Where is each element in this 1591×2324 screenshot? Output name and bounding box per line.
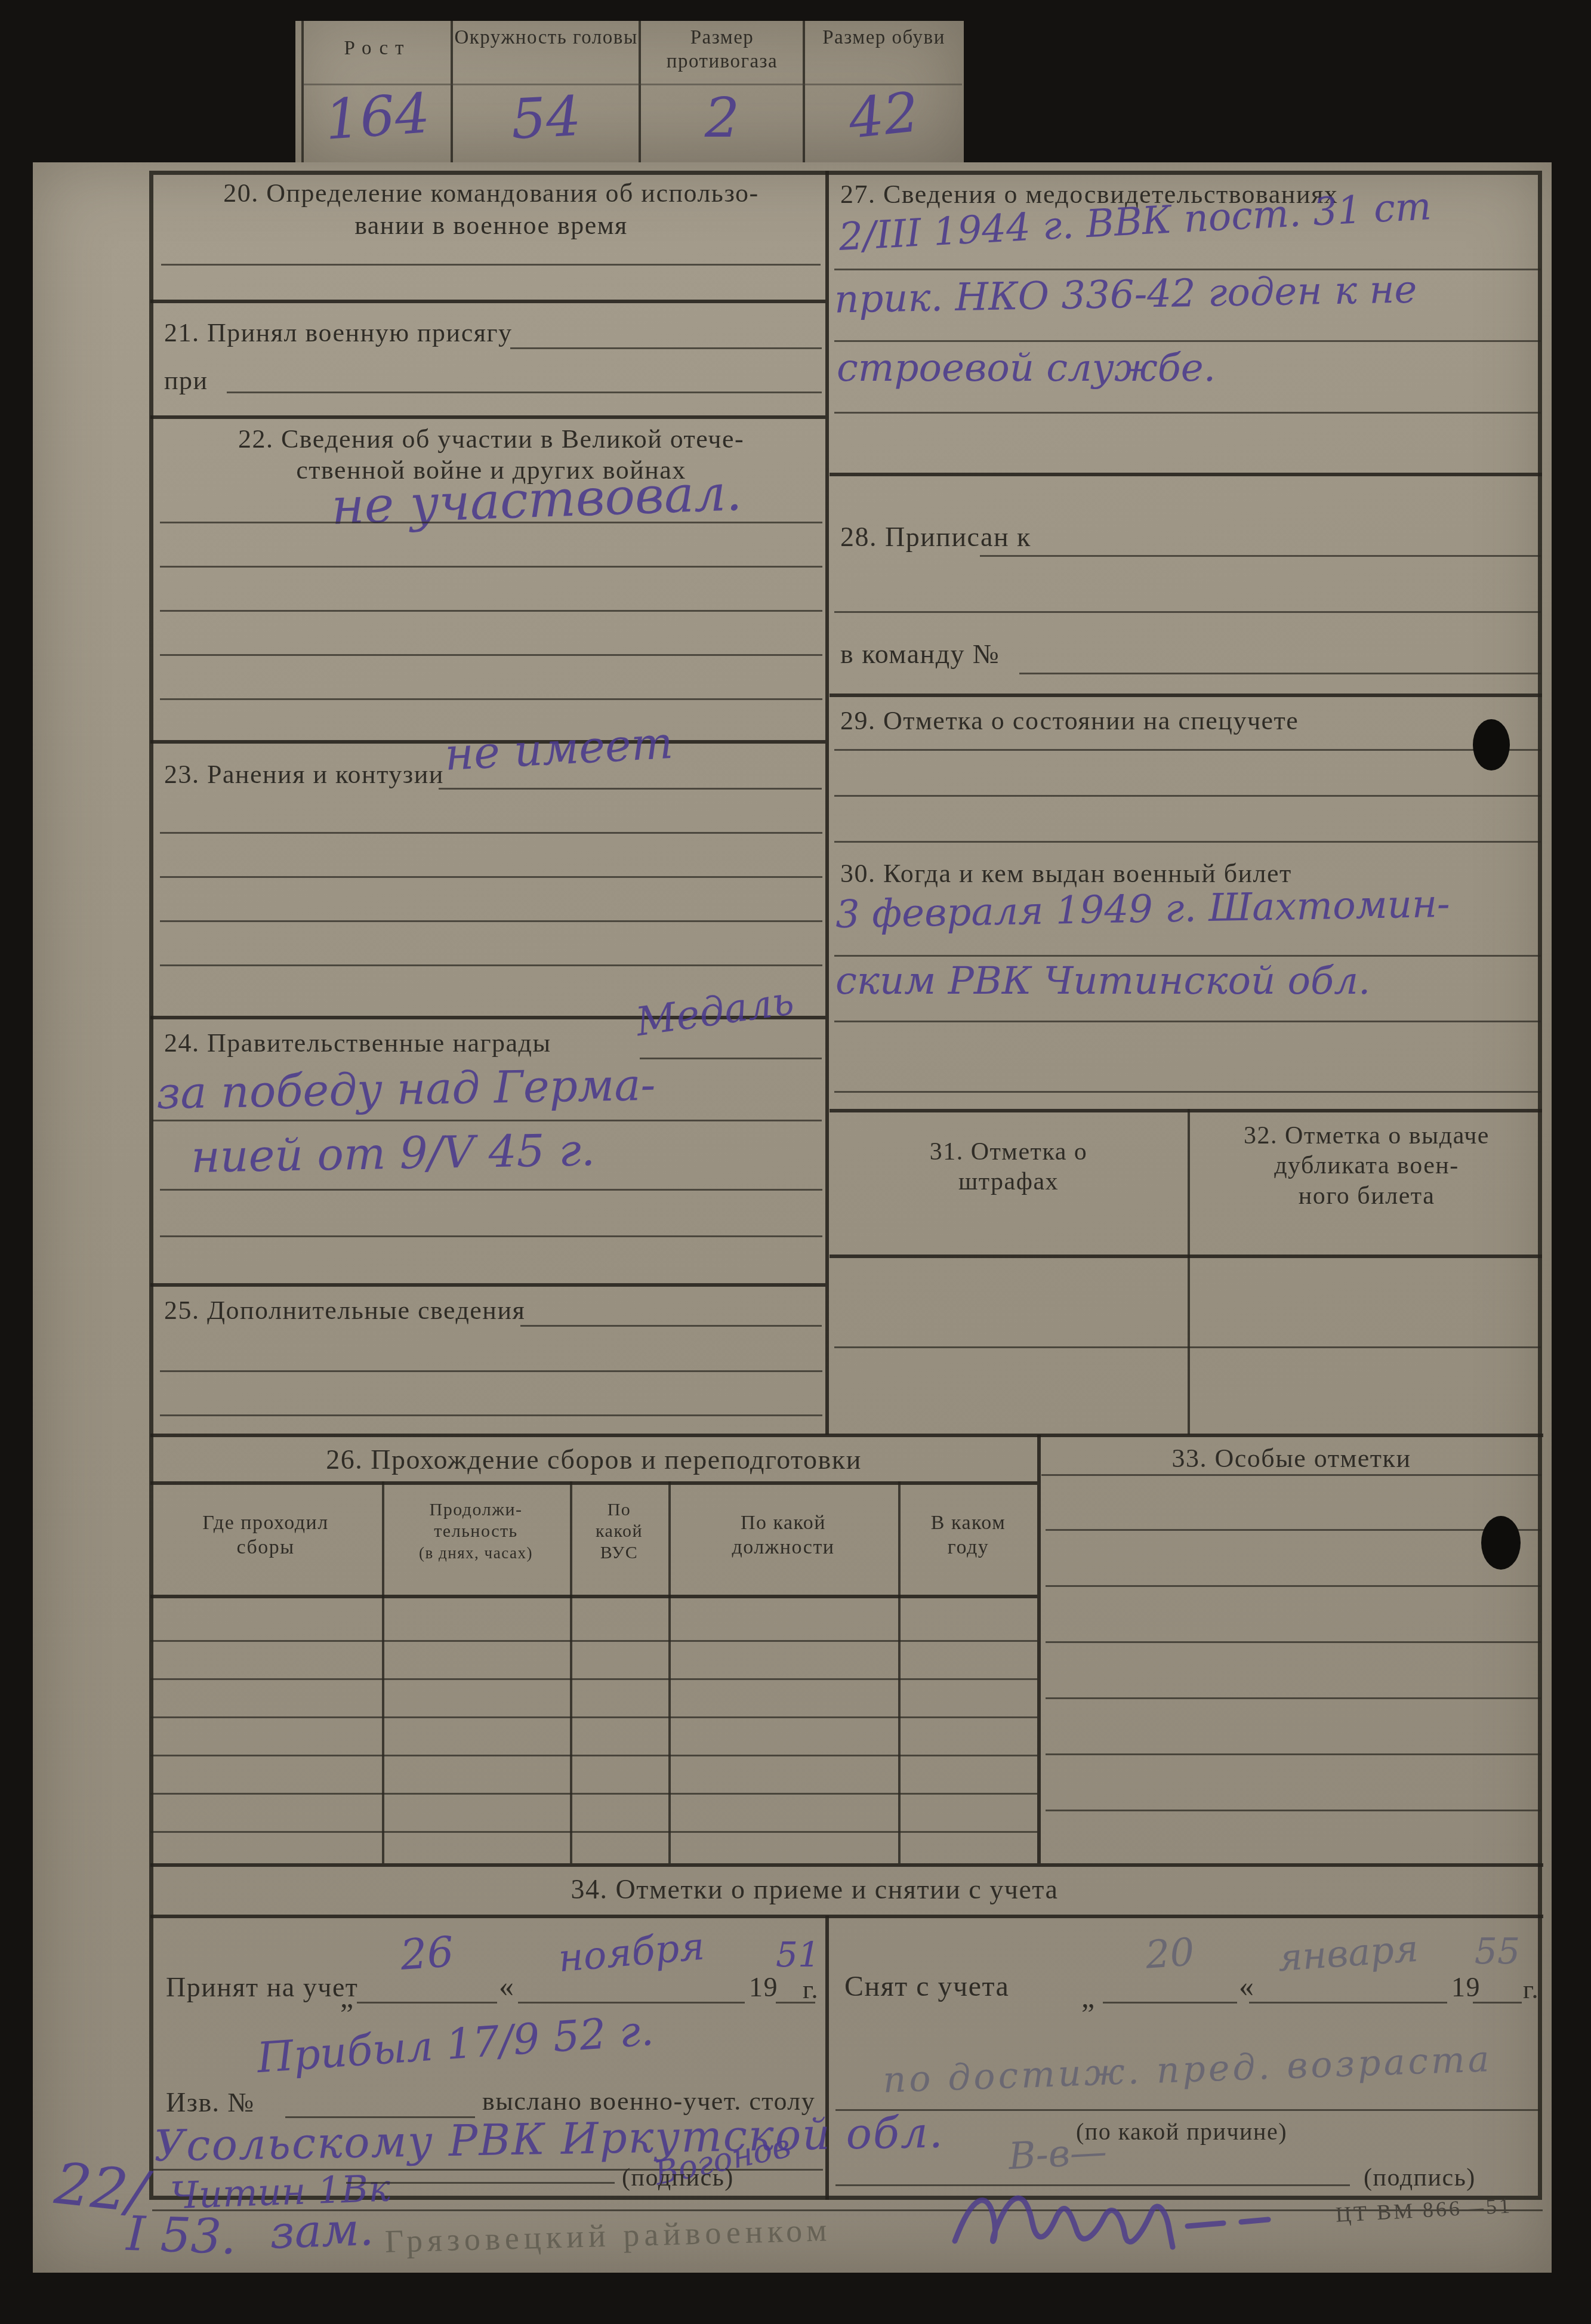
ruled-line (834, 795, 1541, 797)
ruled-line (510, 347, 822, 349)
ruled-line (834, 1091, 1541, 1093)
handwritten-medical-line3: строевой службе. (837, 349, 1216, 387)
ruled-line (161, 264, 821, 266)
remove-reason-line (835, 2109, 1540, 2111)
ruled-line (834, 412, 1541, 414)
top-table-header-height: Рост (304, 37, 451, 61)
accept-month-line (518, 2002, 745, 2004)
ruled-line (520, 1325, 822, 1327)
table26-column-divider (382, 1481, 384, 1863)
ruled-line (160, 654, 822, 656)
table26-row-line (150, 1793, 1037, 1795)
handwritten-head-circumference-value: 54 (452, 86, 640, 150)
section25-label: 25. Дополнительные сведения (164, 1295, 525, 1327)
handwritten-ticket-issued-line2: ским РВК Читинской обл. (835, 962, 1370, 1000)
section-separator (830, 693, 1542, 697)
table3132-divider (1188, 1109, 1190, 1435)
top-table-divider (803, 21, 805, 162)
top-table-left-border (301, 21, 304, 162)
ruled-line (160, 1189, 822, 1191)
table3132-top-line (830, 1109, 1542, 1112)
accept-signature-line (346, 2182, 615, 2184)
handwritten-gasmask-size-value: 2 (642, 91, 803, 146)
table26-row-line (150, 1755, 1037, 1756)
section33-title: 33. Особые отметки (1041, 1443, 1541, 1475)
table26-header-top-line (150, 1481, 1037, 1485)
ruled-line (834, 340, 1541, 342)
ruled-line (160, 1235, 822, 1237)
table26-table33-divider (1037, 1435, 1041, 1863)
accept-year-suffix: г. (803, 1974, 819, 2006)
ruled-line (1046, 1697, 1541, 1699)
ruled-line (1019, 673, 1541, 674)
handwritten-remove-signature: В-в— (1007, 2133, 1108, 2175)
section-separator (150, 300, 825, 303)
section26-title: 26. Прохождение сборов и переподготовки (150, 1443, 1037, 1476)
handwritten-ticket-issued-line1: 3 февраля 1949 г. Шахтомин- (835, 885, 1451, 934)
accept-izv-label: Изв. № (166, 2086, 255, 2119)
ruled-line (834, 1021, 1541, 1022)
ruled-line (439, 788, 822, 790)
ruled-line (834, 269, 1541, 270)
top-table-divider (639, 21, 641, 162)
signature-scribble (943, 2175, 1277, 2265)
handwritten-remove-year: 55 (1473, 1934, 1522, 1969)
section29-title: 29. Отметка о состоянии на спецучете (840, 705, 1299, 737)
section24-label: 24. Правительственные награды (164, 1028, 551, 1059)
handwritten-accept-year: 51 (776, 1937, 818, 1972)
ruled-line (834, 955, 1541, 957)
section30-title: 30. Когда и кем выдан военный билет (840, 858, 1292, 890)
section20-title-line2: вании в военное время (160, 210, 822, 242)
table26-colheader-where: Где проходилсборы (152, 1511, 379, 1560)
ruled-line (160, 522, 822, 523)
ruled-line (160, 1414, 822, 1416)
top-table-header-shoe-size: Размер обуви (806, 26, 962, 50)
tables-top-separator (150, 1434, 1543, 1437)
top-table-header-head-circumference: Окружность головы (454, 26, 639, 50)
table26-row-line (150, 1640, 1037, 1642)
ruled-line (227, 392, 822, 393)
handwritten-medal-line3: нией от 9/V 45 г. (190, 1128, 595, 1179)
ruled-line (980, 555, 1541, 557)
table3132-row-line (834, 1346, 1541, 1348)
table26-row-line (150, 1678, 1037, 1680)
ruled-line (152, 1120, 822, 1121)
section34-title: 34. Отметки о приеме и снятии с учета (427, 1873, 1202, 1906)
table26-column-divider (570, 1481, 572, 1863)
ruled-line (160, 698, 822, 700)
remove-label: Снят с учета (844, 1969, 1009, 2004)
handwritten-no-wounds: не имеет (443, 721, 674, 777)
remove-open-quote: „ (1081, 1979, 1096, 2015)
table26-colheader-duration: Продолжи-тельность(в днях, часах) (385, 1499, 567, 1564)
remove-signature-label: (подпись) (1364, 2163, 1476, 2193)
ruled-line (834, 749, 1541, 751)
ruled-line (1041, 1474, 1541, 1476)
section34-bottom-line (150, 1915, 1543, 1918)
handwritten-medical-line2: прик. НКО 336-42 годен к не (834, 270, 1417, 319)
ruled-line (1046, 1641, 1541, 1643)
ruled-line (160, 964, 822, 966)
table26-colheader-year: В какомгоду (901, 1511, 1035, 1560)
ruled-line (834, 611, 1541, 613)
top-table-divider (451, 21, 453, 162)
table26-row-line (150, 1831, 1037, 1833)
section20-title-line1: 20. Определение командования об использо… (160, 178, 822, 209)
table26-colheader-vus: ПокакойВУС (573, 1499, 665, 1564)
handwritten-footer-date-bottom: I 53. (126, 2210, 238, 2261)
remove-day-line (1103, 2002, 1237, 2004)
accept-label: Принят на учет (166, 1971, 358, 2004)
handwritten-height-value: 164 (303, 85, 452, 150)
section21-pri-label: при (164, 365, 208, 397)
ruled-line (1046, 1585, 1541, 1587)
ruled-line (1046, 1753, 1541, 1755)
ruled-line (160, 610, 822, 612)
table26-colheader-position: По какойдолжности (671, 1511, 895, 1560)
table26-column-divider (898, 1481, 901, 1863)
ruled-line (834, 841, 1541, 843)
accept-day-line (357, 2002, 497, 2004)
section28-label: 28. Приписан к (840, 520, 1031, 553)
section34-top-line (150, 1863, 1543, 1867)
center-column-divider (825, 171, 829, 1435)
ruled-line (1046, 1529, 1541, 1531)
table26-column-divider (668, 1481, 671, 1863)
ruled-line (160, 566, 822, 568)
section22-title-line1: 22. Сведения об участии в Великой отече- (160, 424, 822, 455)
handwritten-medal-line2: за победу над Герма- (156, 1063, 656, 1116)
remove-19-prefix: 19 (1451, 1971, 1481, 2004)
accept-signature-label: (подпись) (622, 2163, 734, 2193)
section32-title: 32. Отметка о выдачедубликата воен-ного … (1200, 1121, 1534, 1211)
handwritten-footer-zam: зам. (269, 2206, 374, 2255)
ruled-line (640, 1058, 822, 1059)
table26-row-line (150, 1716, 1037, 1718)
table26-header-bottom-line (150, 1595, 1037, 1598)
ruled-line (160, 876, 822, 878)
section28-team-label: в команду № (840, 637, 1000, 670)
punch-hole (1473, 719, 1510, 770)
accept-close-quote: « (499, 1968, 515, 2004)
table3132-header-line (830, 1255, 1542, 1258)
remove-year-suffix: г. (1523, 1974, 1539, 2006)
section21-label: 21. Принял военную присягу (164, 318, 512, 349)
remove-year-line (1473, 2002, 1522, 2004)
handwritten-destination: Усольскому РВК Иркутской обл. (153, 2110, 944, 2167)
ruled-line (160, 920, 822, 922)
remove-month-line (1249, 2002, 1447, 2004)
section23-label: 23. Ранения и контузии (164, 759, 444, 791)
accept-open-quote: „ (340, 1979, 354, 2015)
scanned-military-card: Рост Окружность головы Размер противогаз… (0, 0, 1591, 2324)
section-separator (150, 1283, 825, 1287)
accept-19-prefix: 19 (749, 1971, 778, 2004)
section-separator (830, 473, 1542, 476)
ruled-line (160, 1370, 822, 1372)
ruled-line (1046, 1810, 1541, 1811)
top-table-header-gasmask-size: Размер противогаза (642, 26, 803, 73)
ruled-line (160, 832, 822, 834)
section31-title: 31. Отметка оштрафах (853, 1137, 1164, 1197)
punch-hole (1481, 1516, 1521, 1570)
section-separator (150, 415, 825, 419)
